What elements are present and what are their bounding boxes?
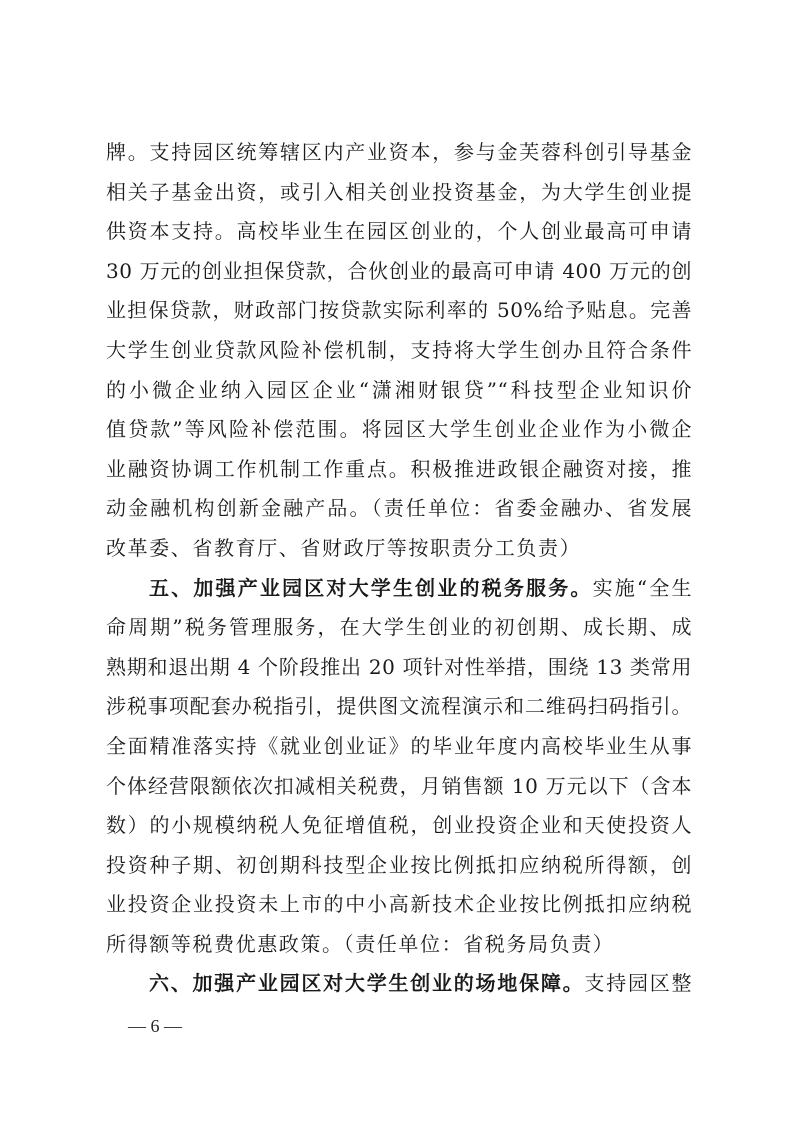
paragraph-finance-support: 牌。支持园区统筹辖区内产业资本，参与金芙蓉科创引导基金 相关子基金出资，或引入相…: [106, 133, 692, 569]
text-line: 的小微企业纳入园区企业“潇湘财银贷”“科技型企业知识价: [106, 371, 692, 411]
text-line: 全面精准落实持《就业创业证》的毕业年度内高校毕业生从事: [106, 727, 692, 767]
text-line: 个体经营限额依次扣减相关税费，月销售额 10 万元以下（含本: [106, 767, 692, 807]
text-line: 数）的小规模纳税人免征增值税，创业投资企业和天使投资人: [106, 806, 692, 846]
text-line: 30 万元的创业担保贷款，合伙创业的最高可申请 400 万元的创: [106, 252, 692, 292]
section-heading-line: 六、加强产业园区对大学生创业的场地保障。支持园区整: [106, 964, 692, 1004]
text-line: 供资本支持。高校毕业生在园区创业的，个人创业最高可申请: [106, 212, 692, 252]
text-line: 涉税事项配套办税指引，提供图文流程演示和二维码扫码指引。: [106, 687, 692, 727]
text-line: 动金融机构创新金融产品。（责任单位：省委金融办、省发展: [106, 489, 692, 529]
text-line: 业融资协调工作机制工作重点。积极推进政银企融资对接，推: [106, 450, 692, 490]
text-line: 投资种子期、初创期科技型企业按比例抵扣应纳税所得额，创: [106, 846, 692, 886]
text-line: 值贷款”等风险补偿范围。将园区大学生创业企业作为小微企: [106, 410, 692, 450]
paragraph-section-6-venue: 六、加强产业园区对大学生创业的场地保障。支持园区整: [106, 964, 692, 1004]
document-body: 牌。支持园区统筹辖区内产业资本，参与金芙蓉科创引导基金 相关子基金出资，或引入相…: [106, 133, 692, 1004]
text-line: 命周期”税务管理服务，在大学生创业的初创期、成长期、成: [106, 608, 692, 648]
text-line: 业担保贷款，财政部门按贷款实际利率的 50%给予贴息。完善: [106, 291, 692, 331]
text-line: 改革委、省教育厅、省财政厅等按职责分工负责）: [106, 529, 692, 569]
section-5-heading: 五、加强产业园区对大学生创业的税务服务。: [149, 576, 593, 600]
text-run: 支持园区整: [584, 971, 692, 995]
section-6-heading: 六、加强产业园区对大学生创业的场地保障。: [149, 971, 584, 995]
text-run: 实施“全生: [593, 576, 692, 600]
text-line: 熟期和退出期 4 个阶段推出 20 项针对性举措，围绕 13 类常用: [106, 648, 692, 688]
document-page: 牌。支持园区统筹辖区内产业资本，参与金芙蓉科创引导基金 相关子基金出资，或引入相…: [0, 0, 793, 1122]
paragraph-section-5-tax-service: 五、加强产业园区对大学生创业的税务服务。实施“全生 命周期”税务管理服务，在大学…: [106, 569, 692, 965]
page-number: — 6 —: [128, 1012, 182, 1040]
section-heading-line: 五、加强产业园区对大学生创业的税务服务。实施“全生: [106, 569, 692, 609]
text-line: 业投资企业投资未上市的中小高新技术企业按比例抵扣应纳税: [106, 885, 692, 925]
text-line: 相关子基金出资，或引入相关创业投资基金，为大学生创业提: [106, 173, 692, 213]
text-line: 牌。支持园区统筹辖区内产业资本，参与金芙蓉科创引导基金: [106, 133, 692, 173]
text-line: 大学生创业贷款风险补偿机制，支持将大学生创办且符合条件: [106, 331, 692, 371]
text-line: 所得额等税费优惠政策。（责任单位：省税务局负责）: [106, 925, 692, 965]
